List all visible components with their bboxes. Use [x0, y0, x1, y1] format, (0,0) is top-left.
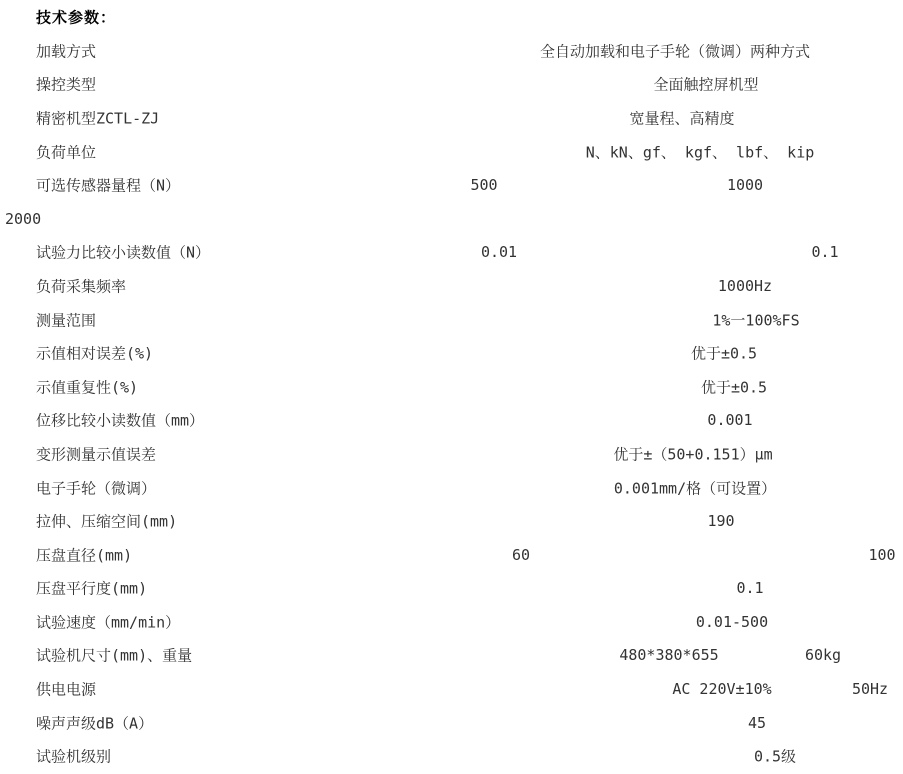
spec-label: 2000: [5, 210, 41, 228]
spec-row-load-units: 负荷单位 N、kN、gf、 kgf、 lbf、 kip: [0, 135, 903, 169]
spec-label: 负荷单位: [36, 141, 96, 162]
spec-label: 试验机级别: [36, 746, 111, 767]
title-row: 技术参数：: [0, 0, 903, 34]
spec-value: 1%一100%FS: [712, 309, 799, 330]
spec-value: 60kg: [805, 646, 841, 664]
spec-row-platen-parallelism: 压盘平行度(mm) 0.1: [0, 572, 903, 606]
spec-row-measure-range: 测量范围 1%一100%FS: [0, 303, 903, 337]
spec-value: 0.001: [707, 411, 752, 429]
spec-label: 加载方式: [36, 40, 96, 61]
spec-row-loading-method: 加载方式 全自动加载和电子手轮（微调）两种方式: [0, 34, 903, 68]
spec-label: 负荷采集频率: [36, 275, 126, 296]
spec-value: 优于±0.5: [691, 343, 757, 364]
spec-label: 试验机尺寸(mm)、重量: [36, 645, 192, 666]
spec-label: 拉伸、压缩空间(mm): [36, 511, 177, 532]
spec-label: 示值相对误差(%): [36, 343, 153, 364]
spec-label: 位移比较小读数值（mm）: [36, 410, 204, 431]
spec-row-precision-model: 精密机型ZCTL-ZJ 宽量程、高精度: [0, 101, 903, 135]
spec-row-control-type: 操控类型 全面触控屏机型: [0, 68, 903, 102]
spec-label: 供电电源: [36, 679, 96, 700]
spec-value: 1000Hz: [718, 277, 772, 295]
spec-value: 优于±（50+0.151）μm: [613, 443, 772, 464]
spec-row-relative-error: 示值相对误差(%) 优于±0.5: [0, 336, 903, 370]
spec-label: 测量范围: [36, 309, 96, 330]
spec-row-sensor-range: 可选传感器量程（N） 500 1000: [0, 168, 903, 202]
spec-value: 0.5级: [754, 746, 796, 767]
spec-value: 45: [748, 714, 766, 732]
page-title: 技术参数：: [36, 7, 116, 28]
spec-value: 全自动加载和电子手轮（微调）两种方式: [540, 40, 810, 61]
spec-value: 60: [512, 546, 530, 564]
spec-label: 试验速度（mm/min）: [36, 611, 180, 632]
spec-value: N、kN、gf、 kgf、 lbf、 kip: [586, 141, 815, 162]
spec-row-deformation-error: 变形测量示值误差 优于±（50+0.151）μm: [0, 437, 903, 471]
spec-value: 0.001mm/格（可设置）: [614, 477, 776, 498]
spec-row-sensor-range-overflow: 2000: [0, 202, 903, 236]
spec-label: 试验力比较小读数值（N）: [36, 242, 210, 263]
spec-row-size-weight: 试验机尺寸(mm)、重量 480*380*655 60kg: [0, 639, 903, 673]
spec-label: 可选传感器量程（N）: [36, 175, 180, 196]
spec-row-machine-class: 试验机级别 0.5级: [0, 739, 903, 773]
spec-label: 噪声声级dB（A）: [36, 712, 153, 733]
spec-row-test-speed: 试验速度（mm/min） 0.01-500: [0, 605, 903, 639]
spec-value: 宽量程、高精度: [629, 107, 734, 128]
spec-row-force-resolution: 试验力比较小读数值（N） 0.01 0.1: [0, 236, 903, 270]
spec-value: AC 220V±10%: [672, 680, 771, 698]
spec-row-repeatability: 示值重复性(%) 优于±0.5: [0, 370, 903, 404]
spec-row-test-space: 拉伸、压缩空间(mm) 190: [0, 504, 903, 538]
spec-value: 190: [707, 512, 734, 530]
spec-value: 0.01: [481, 243, 517, 261]
spec-row-platen-diameter: 压盘直径(mm) 60 100: [0, 538, 903, 572]
spec-value: 0.01-500: [696, 613, 768, 631]
spec-value: 0.1: [811, 243, 838, 261]
spec-value: 480*380*655: [619, 646, 718, 664]
spec-label: 变形测量示值误差: [36, 443, 156, 464]
spec-label: 示值重复性(%): [36, 376, 138, 397]
spec-value: 100: [868, 546, 895, 564]
spec-row-sampling-rate: 负荷采集频率 1000Hz: [0, 269, 903, 303]
spec-label: 压盘直径(mm): [36, 544, 132, 565]
spec-label: 操控类型: [36, 74, 96, 95]
spec-sheet: 技术参数： 加载方式 全自动加载和电子手轮（微调）两种方式 操控类型 全面触控屏…: [0, 0, 903, 774]
spec-value: 1000: [727, 176, 763, 194]
spec-label: 压盘平行度(mm): [36, 578, 147, 599]
spec-row-power-supply: 供电电源 AC 220V±10% 50Hz: [0, 672, 903, 706]
spec-value: 50Hz: [852, 680, 888, 698]
spec-value: 500: [470, 176, 497, 194]
spec-label: 电子手轮（微调）: [36, 477, 156, 498]
spec-row-handwheel: 电子手轮（微调） 0.001mm/格（可设置）: [0, 471, 903, 505]
spec-row-noise-level: 噪声声级dB（A） 45: [0, 706, 903, 740]
spec-value: 优于±0.5: [701, 376, 767, 397]
spec-row-displacement-resolution: 位移比较小读数值（mm） 0.001: [0, 404, 903, 438]
spec-label: 精密机型ZCTL-ZJ: [36, 107, 159, 128]
spec-value: 全面触控屏机型: [653, 74, 758, 95]
spec-value: 0.1: [736, 579, 763, 597]
